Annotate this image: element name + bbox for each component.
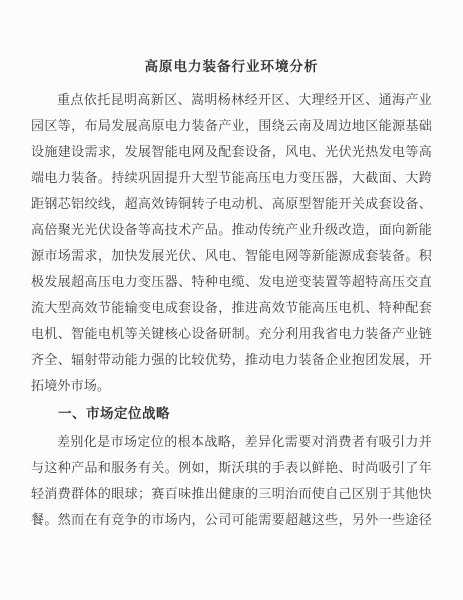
- document-title: 高原电力装备行业环境分析: [31, 57, 432, 76]
- section-heading-market-positioning: 一、市场定位战略: [31, 401, 432, 427]
- text-line: 园区等，布局发展高原电力装备产业，围绕云南及周边地区能源基础: [31, 113, 432, 139]
- text-line: 与这种产品和服务有关。例如，斯沃琪的手表以鲜艳、时尚吸引了年: [31, 455, 432, 481]
- text-line: 高倍聚光光伏设备等高技术产品。推动传统产业升级改造，面向新能: [31, 217, 432, 243]
- document-page: 高原电力装备行业环境分析 重点依托昆明高新区、嵩明杨林经开区、大理经开区、通海产…: [0, 0, 463, 600]
- text-line: 重点依托昆明高新区、嵩明杨林经开区、大理经开区、通海产业: [31, 87, 432, 113]
- text-line: 餐。然而在有竞争的市场内，公司可能需要超越这些，另外一些途径: [31, 507, 432, 533]
- text-line: 轻消费群体的眼球；赛百味推出健康的三明治而使自己区别于其他快: [31, 481, 432, 507]
- text-line: 极发展超高压电力变压器、特种电缆、发电逆变装置等超特高压交直: [31, 269, 432, 295]
- text-line: 差别化是市场定位的根本战略，差异化需要对消费者有吸引力并: [31, 429, 432, 455]
- paragraph-2: 差别化是市场定位的根本战略，差异化需要对消费者有吸引力并 与这种产品和服务有关。…: [31, 429, 432, 533]
- text-line: 源市场需求，加快发展光伏、风电、智能电网等新能源成套装备。积: [31, 243, 432, 269]
- text-line: 齐全、辐射带动能力强的比较优势，推动电力装备企业抱团发展，开: [31, 347, 432, 373]
- text-line: 拓境外市场。: [31, 373, 432, 399]
- paragraph-1: 重点依托昆明高新区、嵩明杨林经开区、大理经开区、通海产业 园区等，布局发展高原电…: [31, 87, 432, 399]
- text-line: 电机、智能电机等关键核心设备研制。充分利用我省电力装备产业链: [31, 321, 432, 347]
- text-line: 设施建设需求，发展智能电网及配套设备，风电、光伏光热发电等高: [31, 139, 432, 165]
- text-line: 距钢芯铝绞线，超高效铸铜转子电动机、高原型智能开关成套设备、: [31, 191, 432, 217]
- text-line: 端电力装备。持续巩固提升大型节能高压电力变压器，大截面、大跨: [31, 165, 432, 191]
- text-line: 流大型高效节能输变电成套设备，推进高效节能高压电机、特种配套: [31, 295, 432, 321]
